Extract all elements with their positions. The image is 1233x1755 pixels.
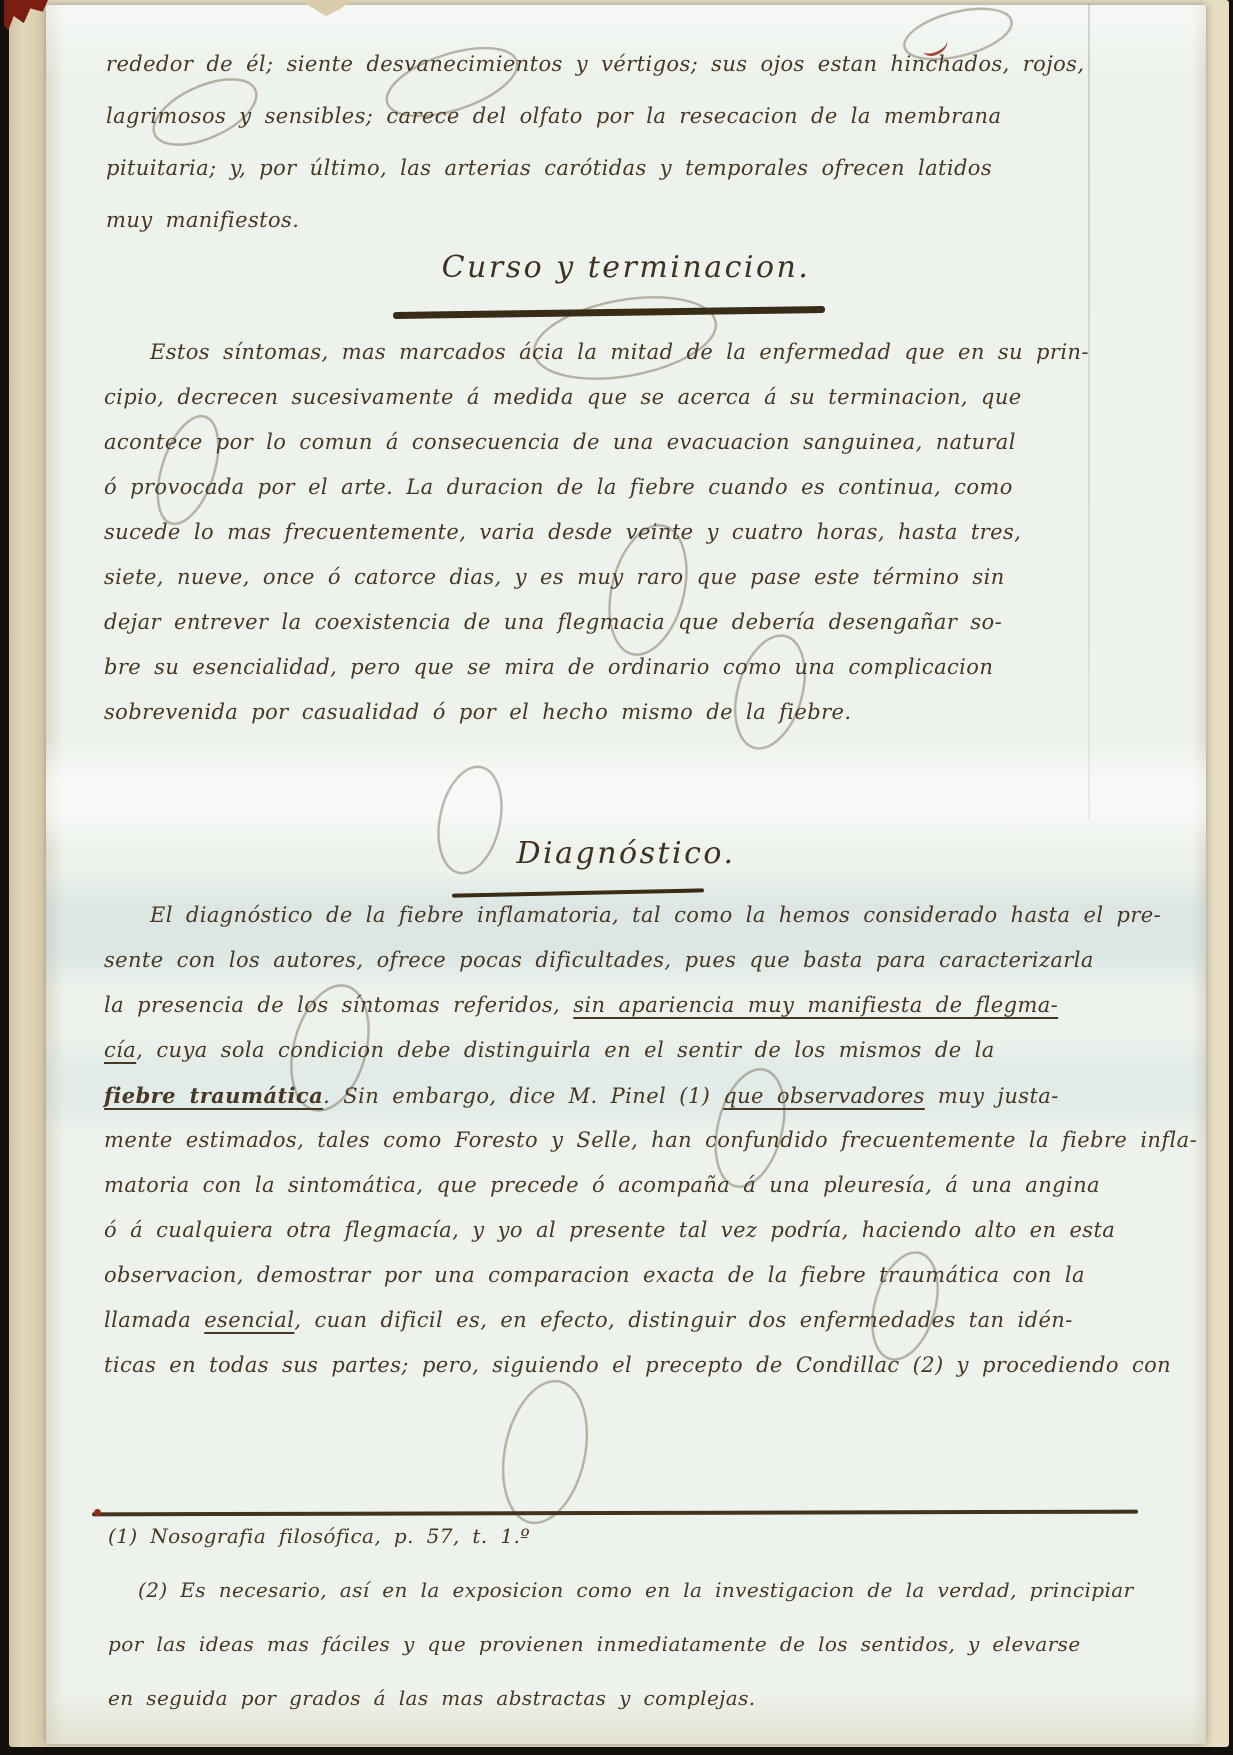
manuscript-line: ó á cualquiera otra flegmacía, y yo al p…	[104, 1218, 1197, 1263]
red-dot	[94, 1509, 101, 1516]
section-heading-curso: Curso y terminacion.	[46, 250, 1206, 285]
manuscript-line: sente con los autores, ofrece pocas difi…	[104, 948, 1197, 993]
manuscript-line: sucede lo mas frecuentemente, varia desd…	[104, 520, 1089, 565]
manuscript-line: cía, cuya sola condicion debe distinguir…	[104, 1038, 1197, 1083]
manuscript-line: por las ideas mas fáciles y que proviene…	[108, 1632, 1134, 1686]
manuscript-line: observacion, demostrar por una comparaci…	[104, 1263, 1197, 1308]
manuscript-line: dejar entrever la coexistencia de una fl…	[104, 610, 1089, 655]
section-heading-diagnostico: Diagnóstico.	[46, 836, 1206, 871]
paragraph-curso: Estos síntomas, mas marcados ácia la mit…	[104, 340, 1089, 745]
manuscript-line: rededor de él; siente desvanecimientos y…	[106, 52, 1084, 104]
manuscript-line: sobrevenida por casualidad ó por el hech…	[104, 700, 1089, 745]
manuscript-line: cipio, decrecen sucesivamente á medida q…	[104, 385, 1089, 430]
manuscript-line: mente estimados, tales como Foresto y Se…	[104, 1128, 1197, 1173]
manuscript-line: llamada esencial, cuan dificil es, en ef…	[104, 1308, 1197, 1353]
manuscript-line: matoria con la sintomática, que precede …	[104, 1173, 1197, 1218]
manuscript-line: acontece por lo comun á consecuencia de …	[104, 430, 1089, 475]
footnote-2: (2) Es necesario, así en la exposicion c…	[108, 1578, 1134, 1740]
manuscript-scan: rededor de él; siente desvanecimientos y…	[0, 0, 1233, 1755]
footnote-1: (1) Nosografia filosófica, p. 57, t. 1.º	[108, 1524, 530, 1569]
manuscript-line: (1) Nosografia filosófica, p. 57, t. 1.º	[108, 1524, 530, 1569]
manuscript-line: pituitaria; y, por último, las arterias …	[106, 156, 1084, 208]
manuscript-line: la presencia de los síntomas referidos, …	[104, 993, 1197, 1038]
manuscript-line: Estos síntomas, mas marcados ácia la mit…	[104, 340, 1089, 385]
manuscript-line: en seguida por grados á las mas abstract…	[108, 1686, 1134, 1740]
manuscript-line: siete, nueve, once ó catorce dias, y es …	[104, 565, 1089, 610]
manuscript-line: (2) Es necesario, así en la exposicion c…	[108, 1578, 1134, 1632]
manuscript-line: ó provocada por el arte. La duracion de …	[104, 475, 1089, 520]
manuscript-line: fiebre traumática. Sin embargo, dice M. …	[104, 1083, 1197, 1128]
manuscript-line: lagrimosos y sensibles; carece del olfat…	[106, 104, 1084, 156]
paragraph-diagnostico: El diagnóstico de la fiebre inflamatoria…	[104, 903, 1197, 1398]
manuscript-line: El diagnóstico de la fiebre inflamatoria…	[104, 903, 1197, 948]
manuscript-line: ticas en todas sus partes; pero, siguien…	[104, 1353, 1197, 1398]
manuscript-line: bre su esencialidad, pero que se mira de…	[104, 655, 1089, 700]
paragraph-opening: rededor de él; siente desvanecimientos y…	[106, 52, 1084, 260]
